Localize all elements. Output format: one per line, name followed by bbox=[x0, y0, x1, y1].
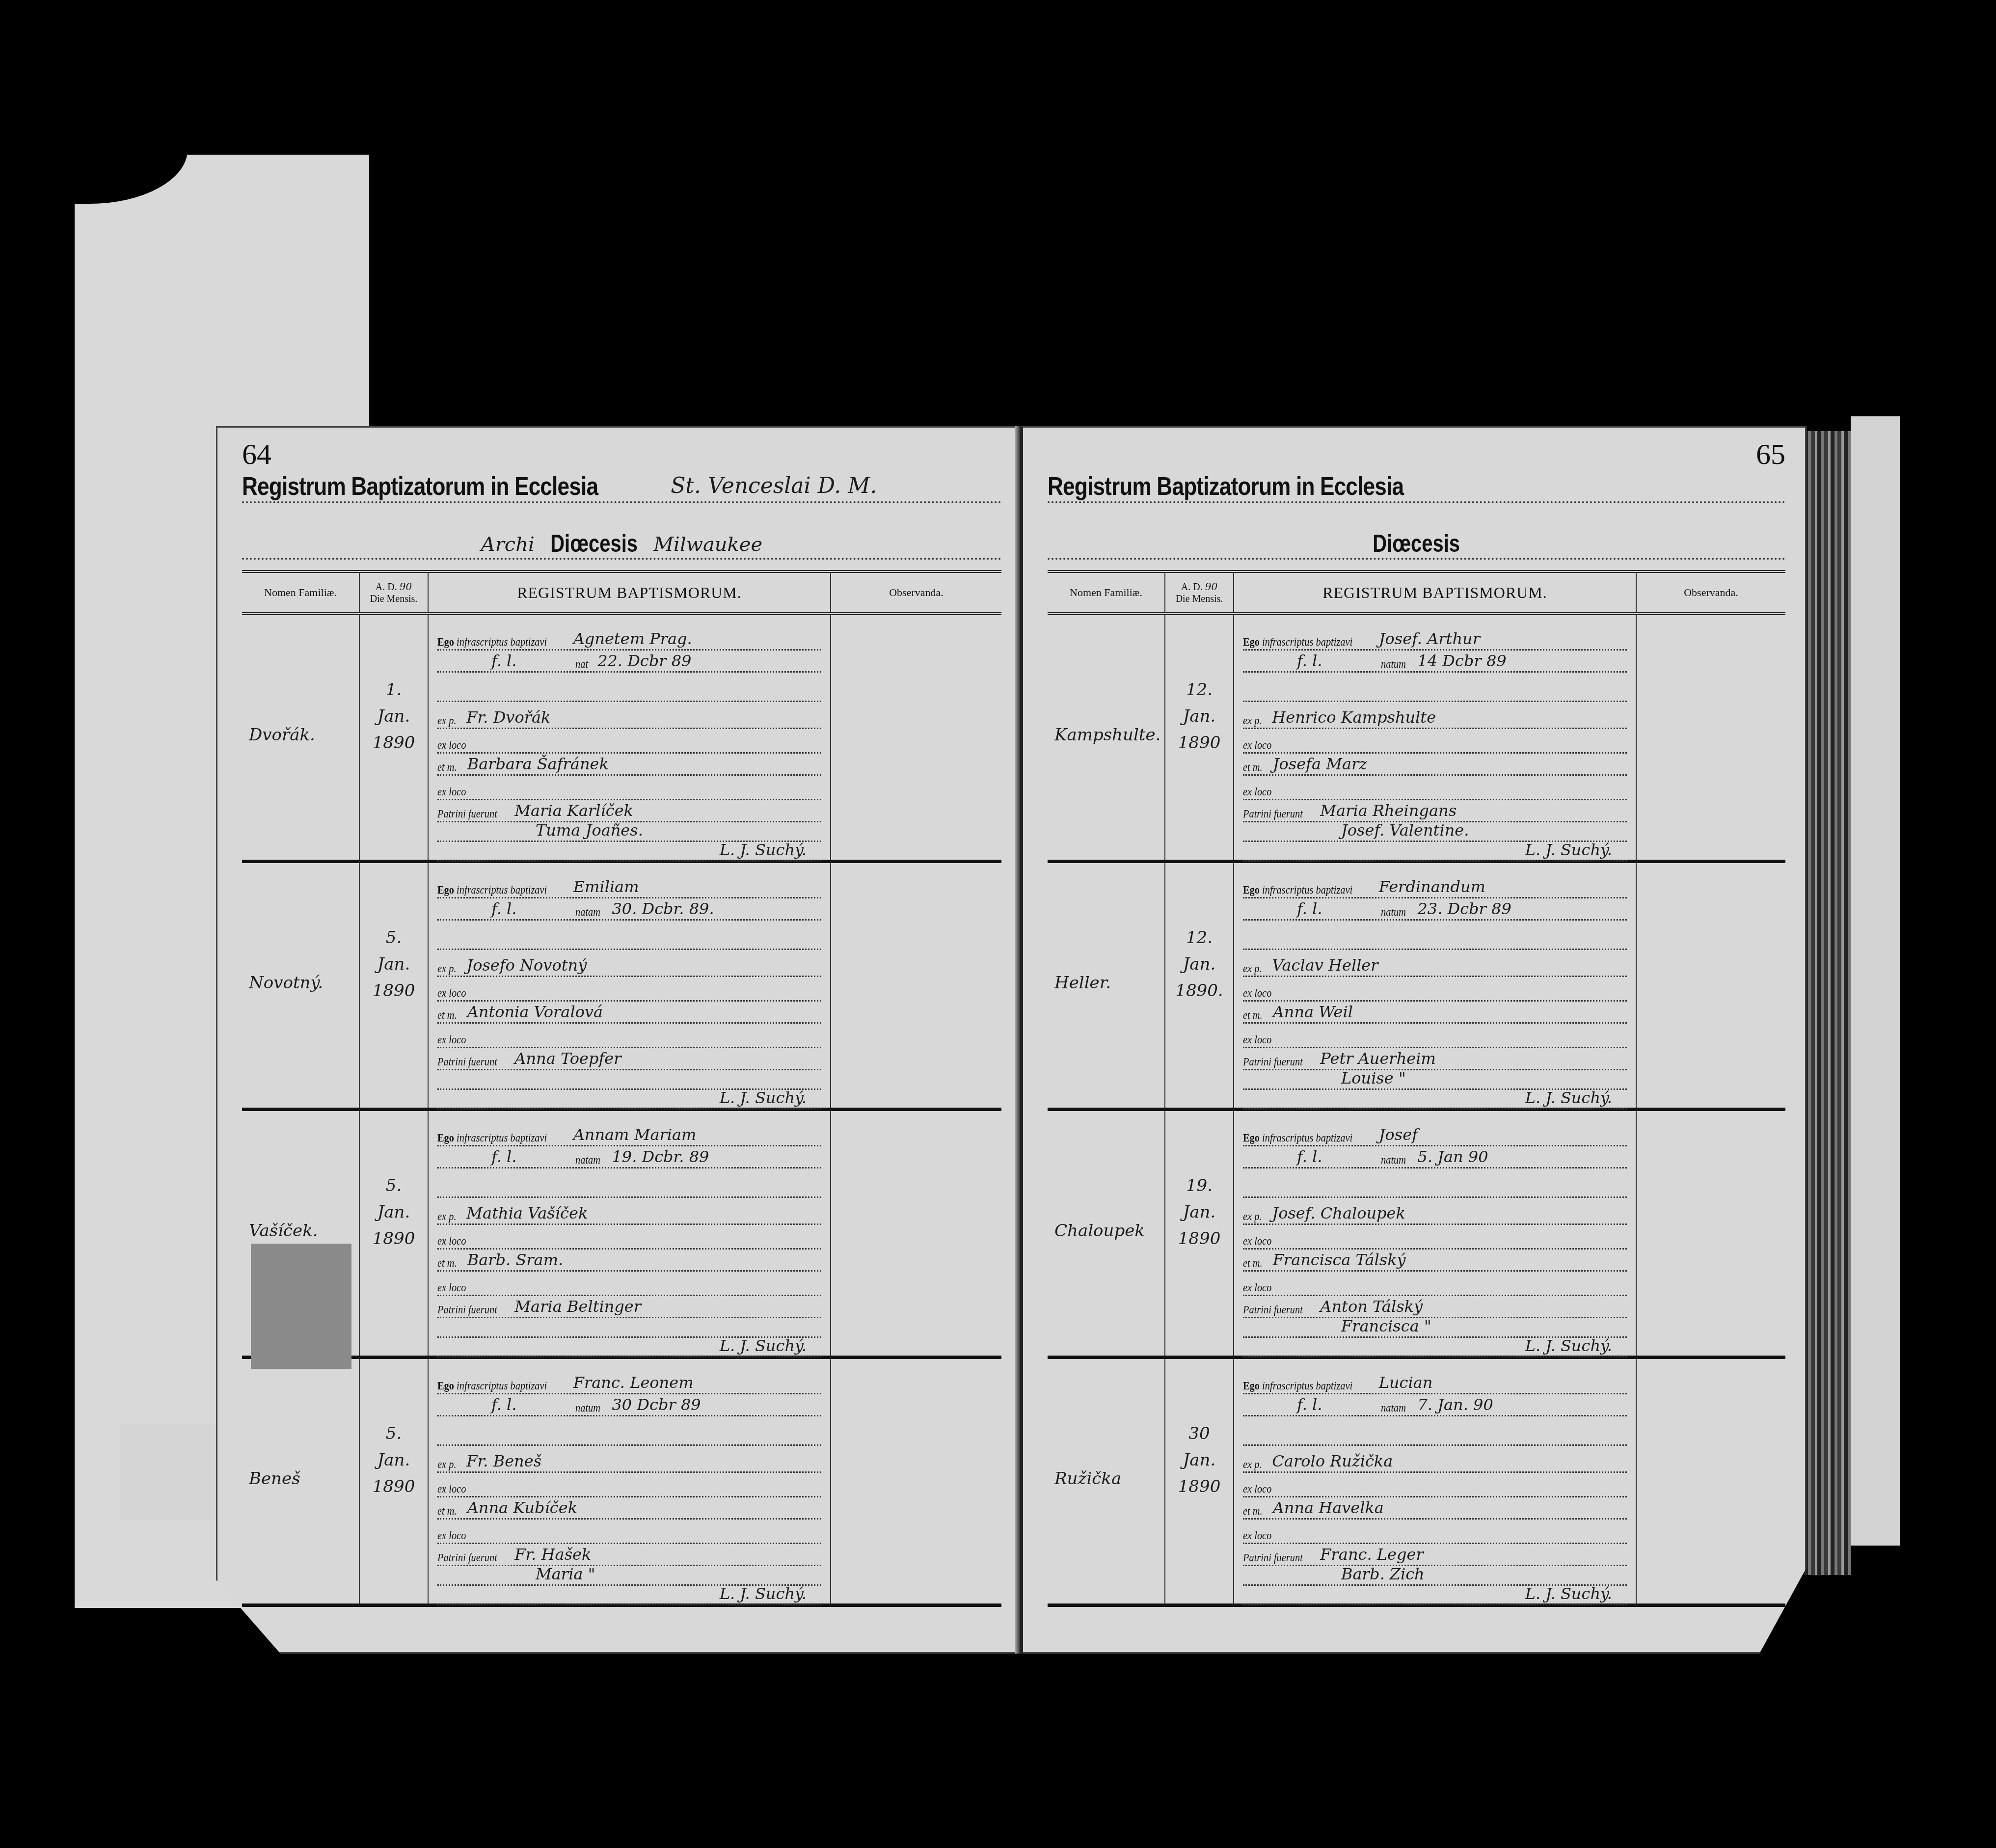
register-line: L. J. Suchý. bbox=[1243, 839, 1627, 862]
observanda-cell bbox=[1637, 1359, 1785, 1603]
register-cell: Ego infrascriptus baptizaviFranc. Leonem… bbox=[429, 1359, 831, 1603]
register-line: ex p.Fr. Dvořák bbox=[437, 706, 821, 729]
legitimacy: f. l. bbox=[491, 1395, 516, 1414]
register-line: ex loco bbox=[437, 1521, 821, 1544]
left-page: 64 Registrum Baptizatorum in Ecclesia St… bbox=[216, 426, 1021, 1654]
sponsor-1: Maria Karlíček bbox=[514, 801, 633, 820]
register-line: Ego infrascriptus baptizaviJosef. Arthur bbox=[1243, 627, 1627, 651]
register-line: L. J. Suchý. bbox=[1243, 1582, 1627, 1605]
baptism-month: Jan. bbox=[360, 703, 428, 730]
header-date: A. D. 90 Die Mensis. bbox=[1165, 573, 1234, 612]
header-register: REGISTRUM BAPTISMORUM. bbox=[429, 573, 831, 612]
register-cell: Ego infrascriptus baptizaviAnnam Mariamf… bbox=[429, 1111, 831, 1356]
date-cell: 1. Jan. 1890 bbox=[360, 615, 429, 860]
mother-name: Anna Kubíček bbox=[467, 1498, 577, 1517]
baptized-name: Josef. Arthur bbox=[1379, 629, 1480, 648]
header-family: Nomen Familiæ. bbox=[1048, 573, 1165, 612]
register-line: et m.Anna Havelka bbox=[1243, 1496, 1627, 1520]
baptism-month: Jan. bbox=[360, 1447, 428, 1473]
birth-date: 14 Dcbr 89 bbox=[1417, 652, 1506, 670]
priest-signature: L. J. Suchý. bbox=[1525, 1088, 1612, 1107]
register-line: ex loco bbox=[1243, 777, 1627, 800]
church-line: Registrum Baptizatorum in Ecclesia bbox=[1048, 462, 1785, 503]
table-header: Nomen Familiæ. A. D. 90 Die Mensis. REGI… bbox=[242, 570, 1001, 615]
baptized-name: Ferdinandum bbox=[1379, 877, 1485, 896]
baptized-name: Josef bbox=[1379, 1125, 1418, 1144]
birth-date: 19. Dcbr. 89 bbox=[612, 1147, 709, 1166]
baptism-day: 1. bbox=[360, 677, 428, 703]
father-name: Josef. Chaloupek bbox=[1272, 1204, 1405, 1223]
header-year: 90 bbox=[1205, 581, 1217, 593]
header-year: 90 bbox=[400, 581, 412, 593]
priest-signature: L. J. Suchý. bbox=[720, 1088, 807, 1107]
register-line: ex loco bbox=[1243, 1273, 1627, 1296]
baptized-name: Franc. Leonem bbox=[573, 1373, 694, 1392]
observanda-cell bbox=[831, 615, 1001, 860]
header-observanda: Observanda. bbox=[831, 573, 1001, 612]
register-line: ex p.Josefo Novotný bbox=[437, 954, 821, 977]
father-name: Carolo Ružička bbox=[1272, 1452, 1393, 1470]
priest-signature: L. J. Suchý. bbox=[1525, 841, 1612, 859]
legitimacy: f. l. bbox=[1297, 899, 1322, 918]
register-line: Ego infrascriptus baptizaviFerdinandum bbox=[1243, 875, 1627, 898]
baptism-year: 1890 bbox=[360, 978, 428, 1004]
baptism-day: 12. bbox=[1165, 677, 1233, 703]
priest-signature: L. J. Suchý. bbox=[1525, 1336, 1612, 1355]
register-line: ex loco bbox=[1243, 1226, 1627, 1250]
page-edge-stack bbox=[1804, 431, 1851, 1575]
register-title: Registrum Baptizatorum in Ecclesia bbox=[242, 472, 598, 501]
sponsor-2: Louise " bbox=[1341, 1069, 1406, 1087]
date-cell: 5. Jan. 1890 bbox=[360, 1359, 429, 1603]
register-line: ex loco bbox=[437, 1226, 821, 1250]
register-line: et m.Antonia Voralová bbox=[437, 1001, 821, 1024]
register-line: et m.Anna Weil bbox=[1243, 1001, 1627, 1024]
register-line: ex loco bbox=[437, 731, 821, 754]
baptism-day: 5. bbox=[360, 1420, 428, 1447]
date-cell: 19. Jan. 1890 bbox=[1165, 1111, 1234, 1356]
observanda-cell bbox=[1637, 863, 1785, 1108]
sponsor-1: Franc. Leger bbox=[1320, 1545, 1423, 1564]
register-line bbox=[1243, 1175, 1627, 1198]
family-name: Vašíček. bbox=[249, 1221, 318, 1241]
baptism-month: Jan. bbox=[1165, 1199, 1233, 1225]
register-line bbox=[1243, 927, 1627, 950]
register-line: Ego infrascriptus baptizaviEmiliam bbox=[437, 875, 821, 898]
register-line: Ego infrascriptus baptizaviFranc. Leonem bbox=[437, 1371, 821, 1394]
father-name: Mathia Vašíček bbox=[466, 1204, 588, 1223]
register-line: Ego infrascriptus baptizaviAgnetem Prag. bbox=[437, 627, 821, 651]
register-cell: Ego infrascriptus baptizaviFerdinandumf.… bbox=[1234, 863, 1637, 1108]
register-line: L. J. Suchý. bbox=[1243, 1334, 1627, 1358]
diocese-line: Archi Diœcesis Milwaukee bbox=[242, 518, 1001, 560]
birth-date: 5. Jan 90 bbox=[1417, 1147, 1488, 1166]
register-line bbox=[437, 927, 821, 950]
family-cell: Beneš bbox=[242, 1359, 360, 1603]
family-cell: Dvořák. bbox=[242, 615, 360, 860]
observanda-cell bbox=[831, 1359, 1001, 1603]
family-name: Chaloupek bbox=[1054, 1221, 1145, 1241]
mother-name: Anna Havelka bbox=[1273, 1498, 1384, 1517]
table-row: Kampshulte. 12. Jan. 1890 Ego infrascrip… bbox=[1048, 615, 1785, 863]
register-line: ex loco bbox=[1243, 1521, 1627, 1544]
register-line bbox=[437, 679, 821, 702]
family-cell: Ružička bbox=[1048, 1359, 1165, 1603]
sponsor-2: Barb. Zich bbox=[1341, 1565, 1425, 1583]
register-line: et m.Francisca Tálský bbox=[1243, 1249, 1627, 1272]
mother-name: Josefa Marz bbox=[1273, 755, 1368, 773]
baptism-year: 1890 bbox=[1165, 1473, 1233, 1500]
sponsor-1: Anna Toepfer bbox=[514, 1049, 621, 1068]
register-book: 64 Registrum Baptizatorum in Ecclesia St… bbox=[211, 426, 1831, 1663]
baptized-name: Lucian bbox=[1379, 1373, 1433, 1392]
diocese-label: Diœcesis bbox=[550, 529, 638, 558]
church-line: Registrum Baptizatorum in Ecclesia St. V… bbox=[242, 462, 1001, 503]
register-line: ex loco bbox=[437, 978, 821, 1002]
diocese-prefix: Archi bbox=[481, 533, 535, 556]
baptized-name: Emiliam bbox=[573, 877, 639, 896]
sponsor-2: Josef. Valentine. bbox=[1341, 821, 1469, 840]
mother-name: Barb. Sram. bbox=[467, 1250, 564, 1269]
register-line: f. l.natam30. Dcbr. 89. bbox=[437, 897, 821, 921]
sponsor-1: Maria Rheingans bbox=[1320, 801, 1457, 820]
family-name: Ružička bbox=[1054, 1469, 1121, 1489]
register-line: L. J. Suchý. bbox=[437, 1334, 821, 1358]
baptism-month: Jan. bbox=[360, 1199, 428, 1225]
date-cell: 5. Jan. 1890 bbox=[360, 863, 429, 1108]
baptism-table: Nomen Familiæ. A. D. 90 Die Mensis. REGI… bbox=[1048, 570, 1785, 1637]
register-line: f. l.natum5. Jan 90 bbox=[1243, 1145, 1627, 1169]
table-row: Vašíček. 5. Jan. 1890 Ego infrascriptus … bbox=[242, 1111, 1001, 1359]
baptism-month: Jan. bbox=[1165, 703, 1233, 730]
diocese-line: Diœcesis bbox=[1048, 518, 1785, 560]
header-observanda: Observanda. bbox=[1637, 573, 1785, 612]
register-cell: Ego infrascriptus baptizaviJoseff. l.nat… bbox=[1234, 1111, 1637, 1356]
father-name: Josefo Novotný bbox=[466, 956, 587, 975]
register-line: et m.Anna Kubíček bbox=[437, 1496, 821, 1520]
baptism-year: 1890 bbox=[360, 730, 428, 756]
family-name: Dvořák. bbox=[249, 725, 315, 745]
baptism-month: Jan. bbox=[360, 951, 428, 978]
father-name: Henrico Kampshulte bbox=[1272, 708, 1436, 727]
priest-signature: L. J. Suchý. bbox=[720, 841, 807, 859]
mother-name: Antonia Voralová bbox=[467, 1003, 603, 1021]
right-page: 65 Registrum Baptizatorum in Ecclesia Di… bbox=[1021, 426, 1807, 1654]
register-line bbox=[437, 1175, 821, 1198]
baptism-year: 1890 bbox=[360, 1225, 428, 1252]
observanda-cell bbox=[1637, 615, 1785, 860]
register-line: et m.Barb. Sram. bbox=[437, 1249, 821, 1272]
register-line: Ego infrascriptus baptizaviLucian bbox=[1243, 1371, 1627, 1394]
register-line: et m.Barbara Šafránek bbox=[437, 753, 821, 776]
observanda-cell bbox=[831, 863, 1001, 1108]
date-cell: 30 Jan. 1890 bbox=[1165, 1359, 1234, 1603]
mother-name: Francisca Tálský bbox=[1273, 1250, 1406, 1269]
register-line: f. l.natum30 Dcbr 89 bbox=[437, 1393, 821, 1416]
register-line: f. l.natam7. Jan. 90 bbox=[1243, 1393, 1627, 1416]
baptism-day: 12. bbox=[1165, 924, 1233, 951]
table-header: Nomen Familiæ. A. D. 90 Die Mensis. REGI… bbox=[1048, 570, 1785, 615]
header-register: REGISTRUM BAPTISMORUM. bbox=[1234, 573, 1637, 612]
register-line bbox=[437, 1423, 821, 1446]
register-line: ex p.Josef. Chaloupek bbox=[1243, 1202, 1627, 1225]
family-name: Novotný. bbox=[249, 973, 323, 993]
birth-date: 23. Dcbr 89 bbox=[1417, 899, 1511, 918]
register-line: f. l.natum14 Dcbr 89 bbox=[1243, 650, 1627, 673]
register-line: Ego infrascriptus baptizaviAnnam Mariam bbox=[437, 1123, 821, 1146]
register-line: ex loco bbox=[437, 777, 821, 800]
register-line: f. l.nat22. Dcbr 89 bbox=[437, 650, 821, 673]
header-family: Nomen Familiæ. bbox=[242, 573, 360, 612]
priest-signature: L. J. Suchý. bbox=[720, 1584, 807, 1603]
birth-date: 7. Jan. 90 bbox=[1417, 1395, 1493, 1414]
date-cell: 12. Jan. 1890 bbox=[1165, 615, 1234, 860]
birth-date: 30 Dcbr 89 bbox=[612, 1395, 701, 1414]
sponsor-1: Petr Auerheim bbox=[1320, 1049, 1435, 1068]
family-name: Heller. bbox=[1054, 973, 1111, 993]
sponsor-2: Tuma Joañes. bbox=[536, 821, 643, 840]
register-line: f. l.natam19. Dcbr. 89 bbox=[437, 1145, 821, 1169]
father-name: Fr. Beneš bbox=[466, 1452, 541, 1470]
register-line: ex p.Vaclav Heller bbox=[1243, 954, 1627, 977]
priest-signature: L. J. Suchý. bbox=[720, 1336, 807, 1355]
register-line: ex p.Carolo Ružička bbox=[1243, 1450, 1627, 1473]
redacted-area bbox=[251, 1244, 351, 1369]
family-cell: Chaloupek bbox=[1048, 1111, 1165, 1356]
baptism-day: 5. bbox=[360, 1172, 428, 1199]
register-line bbox=[1243, 1423, 1627, 1446]
register-cell: Ego infrascriptus baptizaviLucianf. l.na… bbox=[1234, 1359, 1637, 1603]
register-line: ex loco bbox=[1243, 978, 1627, 1002]
observanda-cell bbox=[1637, 1111, 1785, 1356]
baptized-name: Annam Mariam bbox=[573, 1125, 697, 1144]
observanda-cell bbox=[831, 1111, 1001, 1356]
baptism-year: 1890 bbox=[360, 1473, 428, 1500]
baptism-day: 19. bbox=[1165, 1172, 1233, 1199]
priest-signature: L. J. Suchý. bbox=[1525, 1584, 1612, 1603]
birth-date: 22. Dcbr 89 bbox=[597, 652, 691, 670]
register-cell: Ego infrascriptus baptizaviAgnetem Prag.… bbox=[429, 615, 831, 860]
register-line: ex loco bbox=[1243, 1025, 1627, 1048]
diocese-name: Milwaukee bbox=[653, 533, 762, 556]
sponsor-2: Francisca " bbox=[1341, 1317, 1431, 1335]
baptism-year: 1890 bbox=[1165, 1225, 1233, 1252]
church-name: St. Venceslai D. M. bbox=[671, 473, 877, 498]
legitimacy: f. l. bbox=[491, 652, 516, 670]
family-cell: Kampshulte. bbox=[1048, 615, 1165, 860]
mother-name: Anna Weil bbox=[1273, 1003, 1353, 1021]
mother-name: Barbara Šafránek bbox=[467, 755, 609, 773]
register-line: ex p.Mathia Vašíček bbox=[437, 1202, 821, 1225]
register-cell: Ego infrascriptus baptizaviEmiliamf. l.n… bbox=[429, 863, 831, 1108]
table-row: Beneš 5. Jan. 1890 Ego infrascriptus bap… bbox=[242, 1359, 1001, 1607]
baptism-table: Nomen Familiæ. A. D. 90 Die Mensis. REGI… bbox=[242, 570, 1001, 1637]
baptism-month: Jan. bbox=[1165, 1447, 1233, 1473]
legitimacy: f. l. bbox=[1297, 652, 1322, 670]
table-row: Chaloupek 19. Jan. 1890 Ego infrascriptu… bbox=[1048, 1111, 1785, 1359]
register-line: L. J. Suchý. bbox=[437, 1582, 821, 1605]
table-row: Ružička 30 Jan. 1890 Ego infrascriptus b… bbox=[1048, 1359, 1785, 1607]
family-name: Kampshulte. bbox=[1054, 725, 1160, 745]
register-cell: Ego infrascriptus baptizaviJosef. Arthur… bbox=[1234, 615, 1637, 860]
sponsor-1: Anton Tálský bbox=[1320, 1297, 1423, 1316]
father-name: Vaclav Heller bbox=[1272, 956, 1378, 975]
right-insert-sheet bbox=[1851, 416, 1900, 1546]
family-cell: Novotný. bbox=[242, 863, 360, 1108]
baptism-year: 1890 bbox=[1165, 730, 1233, 756]
register-line: L. J. Suchý. bbox=[437, 839, 821, 862]
register-line: L. J. Suchý. bbox=[437, 1087, 821, 1110]
legitimacy: f. l. bbox=[1297, 1395, 1322, 1414]
date-cell: 5. Jan. 1890 bbox=[360, 1111, 429, 1356]
sponsor-1: Fr. Hašek bbox=[514, 1545, 591, 1564]
family-cell: Vašíček. bbox=[242, 1111, 360, 1356]
baptism-month: Jan. bbox=[1165, 951, 1233, 978]
family-cell: Heller. bbox=[1048, 863, 1165, 1108]
father-name: Fr. Dvořák bbox=[466, 708, 550, 727]
legitimacy: f. l. bbox=[491, 899, 516, 918]
sponsor-1: Maria Beltinger bbox=[514, 1297, 641, 1316]
legitimacy: f. l. bbox=[1297, 1147, 1322, 1166]
register-line: ex loco bbox=[437, 1025, 821, 1048]
register-line: ex loco bbox=[437, 1273, 821, 1296]
diocese-label: Diœcesis bbox=[1373, 529, 1460, 558]
register-line: ex loco bbox=[1243, 731, 1627, 754]
table-row: Dvořák. 1. Jan. 1890 Ego infrascriptus b… bbox=[242, 615, 1001, 863]
baptism-year: 1890. bbox=[1165, 978, 1233, 1004]
baptism-day: 5. bbox=[360, 924, 428, 951]
register-line: L. J. Suchý. bbox=[1243, 1087, 1627, 1110]
legitimacy: f. l. bbox=[491, 1147, 516, 1166]
table-row: Novotný. 5. Jan. 1890 Ego infrascriptus … bbox=[242, 863, 1001, 1111]
baptized-name: Agnetem Prag. bbox=[573, 629, 692, 648]
family-name: Beneš bbox=[249, 1469, 300, 1489]
register-line: ex loco bbox=[1243, 1474, 1627, 1497]
baptism-day: 30 bbox=[1165, 1420, 1233, 1447]
register-line: ex loco bbox=[437, 1474, 821, 1497]
sponsor-2: Maria " bbox=[536, 1565, 595, 1583]
register-line: f. l.natum23. Dcbr 89 bbox=[1243, 897, 1627, 921]
header-date: A. D. 90 Die Mensis. bbox=[360, 573, 429, 612]
register-line bbox=[1243, 679, 1627, 702]
register-line: ex p.Henrico Kampshulte bbox=[1243, 706, 1627, 729]
birth-date: 30. Dcbr. 89. bbox=[612, 899, 714, 918]
register-line: ex p.Fr. Beneš bbox=[437, 1450, 821, 1473]
register-line: Ego infrascriptus baptizaviJosef bbox=[1243, 1123, 1627, 1146]
date-cell: 12. Jan. 1890. bbox=[1165, 863, 1234, 1108]
register-title: Registrum Baptizatorum in Ecclesia bbox=[1048, 472, 1403, 501]
register-line: et m.Josefa Marz bbox=[1243, 753, 1627, 776]
table-row: Heller. 12. Jan. 1890. Ego infrascriptus… bbox=[1048, 863, 1785, 1111]
